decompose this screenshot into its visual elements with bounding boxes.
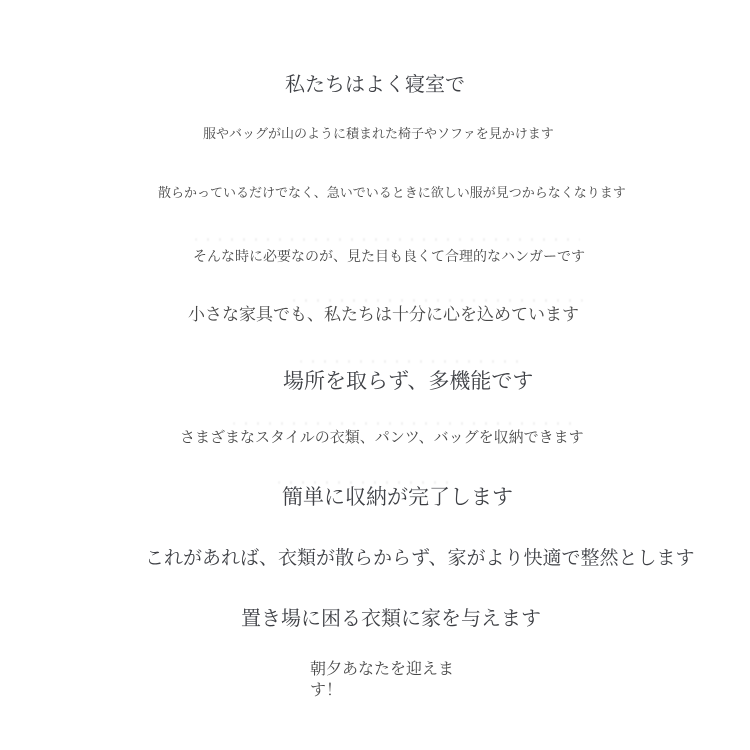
text-small-furniture-care: 小さな家具でも、私たちは十分に心を込めています bbox=[188, 304, 579, 326]
text-storage-variety: さまざまなスタイルの衣類、パンツ、バッグを収納できます bbox=[180, 428, 584, 448]
headline-bedroom-intro: 私たちはよく寝室で bbox=[285, 71, 465, 97]
caption-morning-evening-greeting: 朝夕あなたを迎えま す！ bbox=[310, 658, 454, 700]
headline-easy-storage: 簡単に収納が完了します bbox=[282, 484, 513, 511]
speckle-artifact bbox=[195, 238, 580, 241]
speckle-artifact bbox=[300, 360, 525, 363]
text-clothes-piled: 服やバッグが山のように積まれた椅子やソファを見かけます bbox=[203, 127, 554, 144]
product-description-page: 私たちはよく寝室で 服やバッグが山のように積まれた椅子やソファを見かけます 散ら… bbox=[0, 0, 750, 750]
text-hanger-solution: そんな時に必要なのが、見た目も良くて合理的なハンガーです bbox=[193, 248, 585, 266]
text-tidy-home-benefit: これがあれば、衣類が散らからず、家がより快適で整然とします bbox=[145, 546, 694, 571]
headline-space-saving: 場所を取らず、多機能です bbox=[283, 368, 533, 395]
speckle-artifact bbox=[233, 422, 578, 425]
headline-clothes-home: 置き場に困る衣類に家を与えます bbox=[241, 605, 541, 631]
text-messy-problem: 散らかっているだけでなく、急いでいるときに欲しい服が見つからなくなります bbox=[158, 186, 626, 203]
speckle-artifact bbox=[293, 299, 583, 302]
